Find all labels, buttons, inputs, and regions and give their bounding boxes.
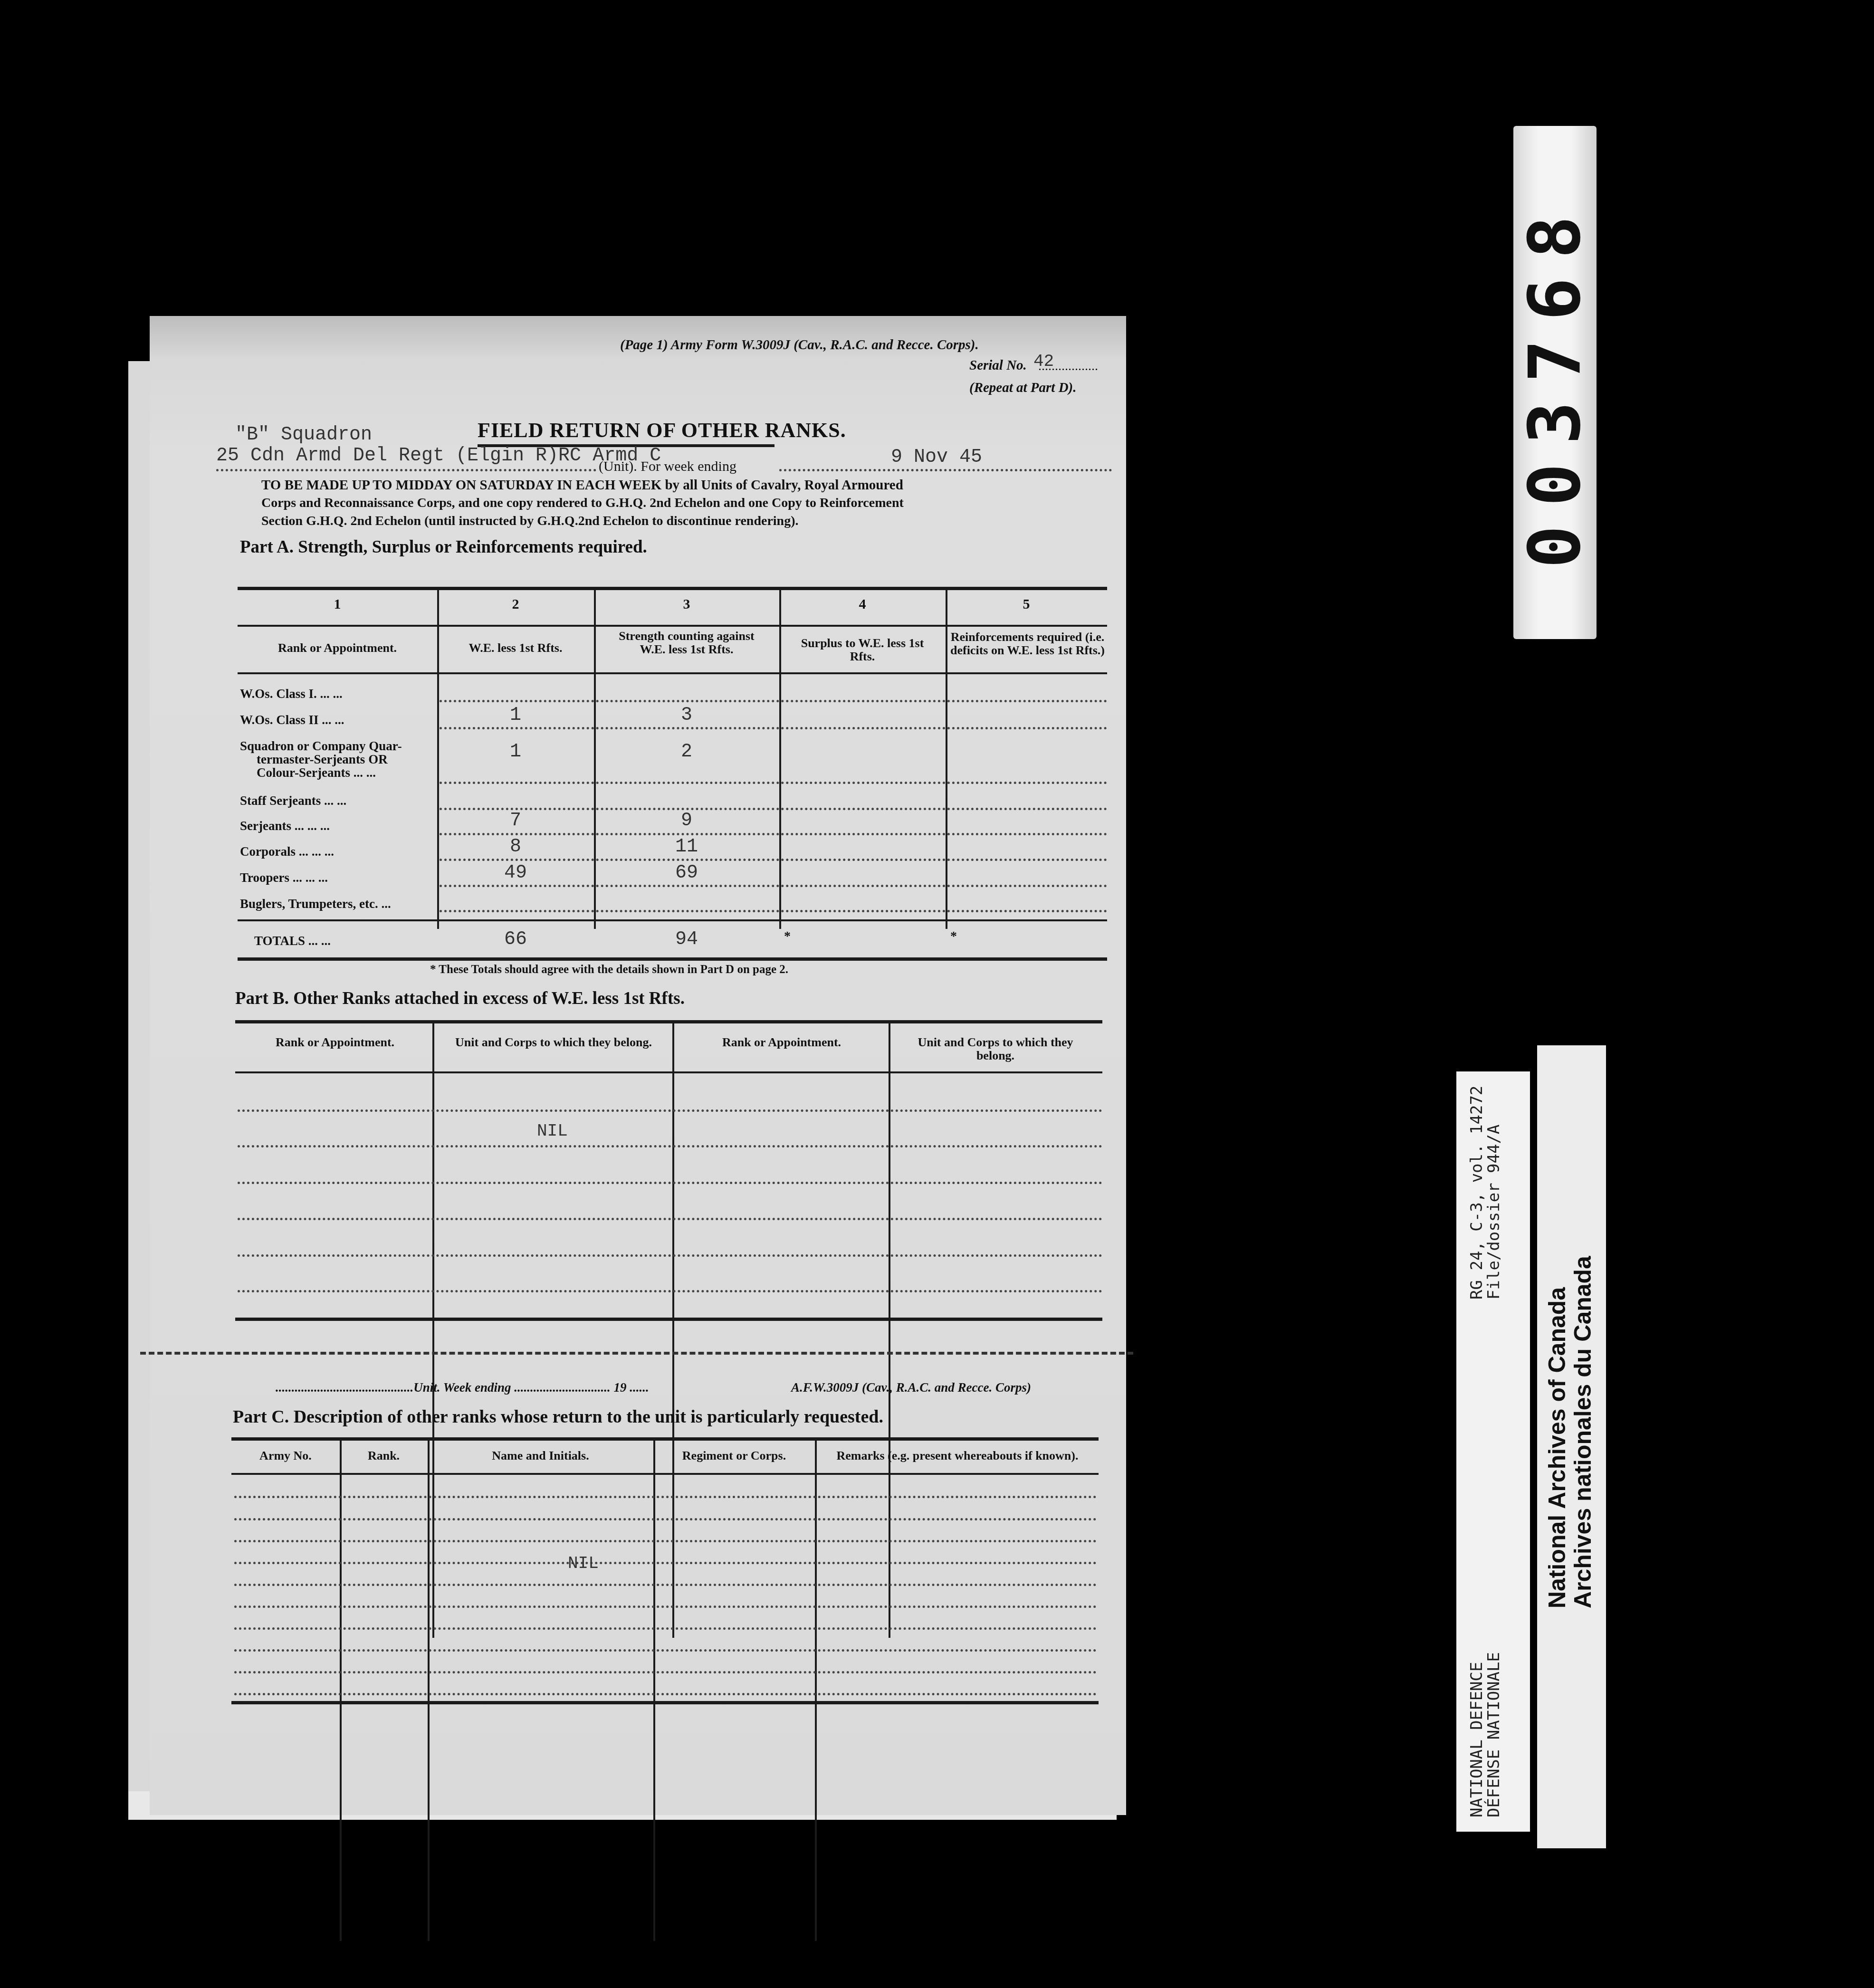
part-b-col-divider [672,1020,674,1638]
part-c-header-regiment: Regiment or Corps. [653,1449,815,1462]
unit-label: (Unit). For week ending [599,459,736,475]
instructions-line-2: Corps and Reconnaissance Corps, and one … [261,496,904,511]
row-rule [238,1182,1102,1184]
part-c-entry: NIL [568,1554,599,1573]
row-label-wo-class-2: W.Os. Class II ... ... [240,713,344,727]
row-rule [440,910,1107,912]
row-label-sqms-line-3: Colour-Serjeants ... ... [257,765,376,780]
instructions-emphasis: TO BE MADE UP TO MIDDAY ON SATURDAY IN E… [261,478,661,493]
strength-serjeants: 9 [594,810,779,832]
part-b-header-rank-1: Rank or Appointment. [259,1036,411,1049]
row-label-sqms-line-2: termaster-Serjeants OR [257,752,388,767]
strength-sqms: 2 [594,741,779,763]
archives-label: National Archives of Canada Archives nat… [1537,1045,1606,1848]
we-corporals: 8 [437,836,594,858]
row-rule [234,1496,1097,1498]
column-header-surplus: Surplus to W.E. less 1st Rfts. [789,637,936,663]
row-rule [440,727,1107,729]
part-a-title: Part A. Strength, Surplus or Reinforceme… [240,537,647,557]
column-number-4: 4 [779,596,946,612]
row-rule [440,782,1107,784]
totals-footnote: * These Totals should agree with the det… [430,963,788,976]
row-rule [234,1606,1097,1608]
department-en: NATIONAL DEFENCE [1468,1652,1485,1817]
archive-reference: RG 24, C-3, vol. 14272 File/dossier 944/… [1468,1086,1502,1300]
total-we: 66 [437,929,594,950]
instructions-line-3: Section G.H.Q. 2nd Echelon (until instru… [261,514,799,529]
row-rule [234,1693,1097,1695]
department-fr: DÉFENSE NATIONALE [1485,1652,1502,1817]
row-rule [234,1540,1097,1542]
part-a-number-rule [238,625,1107,627]
row-rule [238,1254,1102,1257]
part-c-header-name: Name and Initials. [428,1449,653,1462]
row-rule [238,1145,1102,1147]
we-troopers: 49 [437,862,594,884]
archives-en: National Archives of Canada [1544,1256,1570,1608]
squadron: "B" Squadron [235,424,372,446]
instructions-line-1: TO BE MADE UP TO MIDDAY ON SATURDAY IN E… [261,478,903,493]
strength-troopers: 69 [594,862,779,884]
column-number-2: 2 [437,596,594,612]
serial-dots: .................. [1038,359,1098,374]
we-wo-class-2: 1 [437,705,594,726]
part-b-top-rule [235,1020,1102,1023]
unit-dotted-line [216,469,596,471]
part-a-bottom-rule [238,957,1107,961]
week-ending-value: 9 Nov 45 [891,447,982,468]
column-number-1: 1 [238,596,437,612]
column-header-rank: Rank or Appointment. [242,641,432,655]
frame-number-strip: 003768 [1513,126,1597,639]
totals-top-rule [238,919,1107,921]
row-rule [440,885,1107,887]
part-c-bottom-rule [231,1701,1099,1704]
part-c-header-army-no: Army No. [231,1449,340,1462]
frame-number: 003768 [1514,197,1597,568]
week-ending-dotted-line [779,469,1112,471]
row-rule [238,1290,1102,1292]
row-label-serjeants: Serjeants ... ... ... [240,819,330,833]
part-b-col-divider [889,1020,890,1638]
row-rule [440,833,1107,835]
part-c-col-divider [815,1437,817,1941]
form-page: (Page 1) Army Form W.3009J (Cav., R.A.C.… [150,316,1126,1815]
row-rule [440,859,1107,861]
row-rule [238,1218,1102,1220]
row-label-corporals: Corporals ... ... ... [240,844,334,859]
part-c-header-rank: Rank. [340,1449,428,1462]
total-strength: 94 [594,929,779,950]
reference-volume: RG 24, C-3, vol. 14272 [1468,1086,1485,1300]
we-sqms: 1 [437,741,594,763]
unit-name: 25 Cdn Armd Del Regt (Elgin R)RC Armd C [216,445,661,467]
part-c-col-divider [340,1437,342,1941]
department-label: NATIONAL DEFENCE DÉFENSE NATIONALE RG 24… [1456,1071,1530,1832]
part-b-header-rule [235,1071,1102,1073]
part-a-top-rule [238,587,1107,590]
strength-wo-class-2: 3 [594,705,779,726]
row-rule [234,1562,1097,1564]
part-c-top-rule [231,1437,1099,1441]
repeat-note: (Repeat at Part D). [969,380,1077,396]
row-rule [440,700,1107,702]
total-surplus-marker: * [784,929,791,944]
part-a-header-rule [238,672,1107,674]
column-header-reinforcements: Reinforcements required (i.e. deficits o… [948,631,1107,657]
row-rule [234,1627,1097,1630]
part-a-col-divider [779,587,781,929]
part-b-title: Part B. Other Ranks attached in excess o… [235,988,685,1009]
part-c-col-divider [653,1437,655,1941]
row-rule [238,1109,1102,1112]
part-c-header-remarks: Remarks (e.g. present whereabouts if kno… [815,1449,1100,1462]
department-name: NATIONAL DEFENCE DÉFENSE NATIONALE [1468,1652,1502,1817]
tear-off-perforation [140,1352,1133,1355]
part-b-header-unit-2: Unit and Corps to which they belong. [900,1036,1090,1062]
part-b-header-unit-1: Unit and Corps to which they belong. [449,1036,658,1049]
column-number-5: 5 [946,596,1107,612]
tear-off-form-reference: A.F.W.3009J (Cav., R.A.C. and Recce. Cor… [791,1380,1031,1395]
total-reinforcements-marker: * [950,929,957,944]
row-rule [234,1518,1097,1520]
part-c-header-rule [231,1473,1099,1475]
part-b-header-rank-2: Rank or Appointment. [701,1036,862,1049]
part-c-title: Part C. Description of other ranks whose… [233,1406,883,1427]
part-a-col-divider [946,587,947,929]
row-rule [234,1584,1097,1586]
row-label-sqms: Squadron or Company Quar- [240,739,402,754]
part-b-col-divider [432,1020,434,1638]
part-b-bottom-rule [235,1318,1102,1321]
column-number-3: 3 [594,596,779,612]
form-reference: (Page 1) Army Form W.3009J (Cav., R.A.C.… [620,337,979,353]
row-rule [234,1649,1097,1652]
archives-fr: Archives nationales du Canada [1570,1256,1596,1608]
tear-off-unit-line: ........................................… [276,1380,649,1395]
row-label-buglers: Buglers, Trumpeters, etc. ... [240,897,391,911]
serial-label: Serial No. [969,358,1027,373]
reference-file: File/dossier 944/A [1485,1086,1502,1300]
part-b-entry: NIL [537,1121,568,1141]
row-label-wo-class-1: W.Os. Class I. ... ... [240,687,343,701]
archives-name: National Archives of Canada Archives nat… [1544,1256,1596,1608]
we-serjeants: 7 [437,810,594,832]
totals-label: TOTALS ... ... [254,934,331,948]
part-c-col-divider [428,1437,430,1941]
column-header-strength: Strength counting against W.E. less 1st … [608,630,765,656]
instructions-rest: by all Units of Cavalry, Royal Armoured [661,478,903,493]
row-rule [234,1671,1097,1673]
strength-corporals: 11 [594,836,779,858]
column-header-we: W.E. less 1st Rfts. [442,641,589,655]
row-label-troopers: Troopers ... ... ... [240,870,328,885]
page-title: FIELD RETURN OF OTHER RANKS. [478,418,846,442]
row-label-staff-serjeants: Staff Serjeants ... ... [240,793,346,808]
